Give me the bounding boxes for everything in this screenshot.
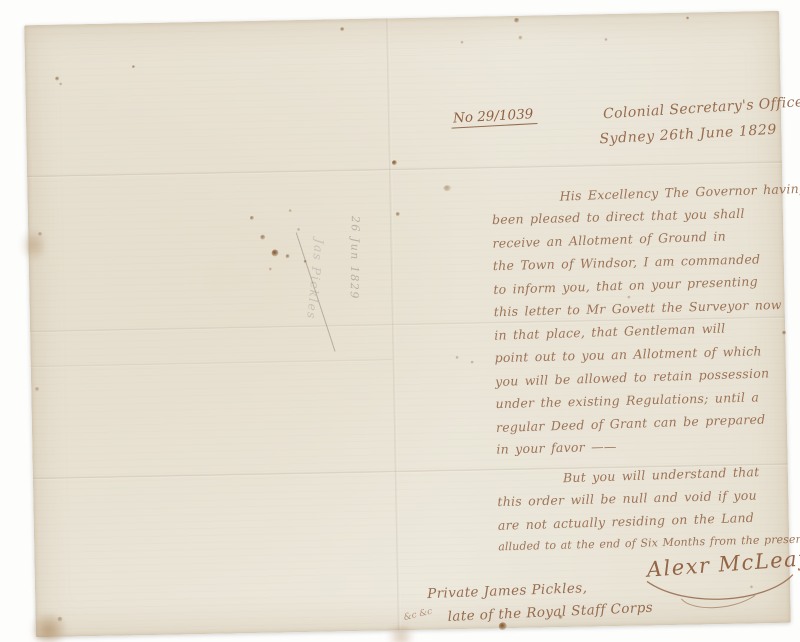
foxing-spot	[286, 254, 290, 258]
foxing-spot	[518, 36, 522, 40]
foxing-spot	[340, 27, 344, 31]
pencil-docket-name: Jas Pickles	[304, 238, 326, 320]
foxing-spot	[38, 232, 42, 236]
foxing-spot	[289, 209, 292, 212]
foxing-spot	[269, 268, 272, 271]
foxing-spot	[272, 249, 279, 256]
body-line: receive an Allotment of Ground in	[492, 228, 726, 250]
body-line: point out to you an Allotment of which	[494, 343, 761, 365]
foxing-spot	[514, 18, 519, 23]
foxing-spot	[396, 212, 400, 216]
foxing-spots	[24, 11, 779, 25]
foxing-spot	[782, 331, 786, 335]
foxing-spot	[605, 38, 608, 41]
body-line: been pleased to direct that you shall	[492, 206, 745, 227]
document-scan: 26 Jun 1829 Jas Pickles No 29/1039 Colon…	[0, 0, 800, 642]
foxing-spot	[627, 296, 630, 299]
body-line: the Town of Windsor, I am commanded	[493, 251, 761, 273]
body-line: to inform you, that on your presenting	[493, 274, 758, 297]
ink-blot	[499, 622, 507, 630]
letter-body: His Excellency The Governor having been …	[24, 11, 779, 25]
addressee-title: late of the Royal Staff Corps	[447, 600, 653, 625]
foxing-spot	[132, 65, 135, 68]
foxing-spot	[686, 17, 689, 20]
fold-crease-middle-left	[31, 358, 393, 368]
foxing-spot	[58, 617, 63, 622]
corner-stain	[27, 613, 70, 642]
foxing-spot	[392, 160, 397, 165]
addressee-name: Private James Pickles,	[427, 580, 588, 602]
fold-crease-top	[27, 161, 782, 178]
foxing-spot	[55, 77, 59, 81]
body-line: you will be allowed to retain possession	[495, 365, 770, 389]
foxing-spot	[35, 387, 39, 391]
foxing-spot	[443, 185, 451, 191]
body-line: His Excellency The Governor having	[559, 181, 800, 204]
etc-mark: &c &c	[403, 607, 433, 623]
body-line: under the existing Regulations; until a	[495, 389, 759, 411]
foxing-spot	[456, 356, 459, 359]
foxing-spot	[461, 41, 464, 44]
foxing-spot	[471, 361, 474, 364]
body-line: in your favor ——	[496, 439, 617, 457]
reference-number: No 29/1039	[451, 106, 538, 129]
body-line: are not actually residing on the Land	[498, 510, 755, 533]
edge-stain	[22, 225, 45, 265]
foxing-spot	[297, 228, 300, 231]
body-line: regular Deed of Grant can be prepared	[496, 412, 766, 435]
bottom-stain	[384, 626, 418, 642]
body-line: in that place, that Gentleman will	[494, 320, 726, 342]
foxing-spot	[260, 235, 265, 240]
pencil-docket-date: 26 Jun 1829	[348, 216, 362, 300]
signature-flourish	[635, 572, 800, 615]
body-line: this order will be null and void if you	[497, 488, 757, 510]
foxing-spot	[250, 216, 254, 220]
letter-paper: 26 Jun 1829 Jas Pickles No 29/1039 Colon…	[24, 11, 791, 637]
foxing-spot	[59, 83, 62, 86]
date-line: Sydney 26th June 1829	[599, 122, 777, 148]
office-line: Colonial Secretary's Office	[603, 94, 800, 122]
